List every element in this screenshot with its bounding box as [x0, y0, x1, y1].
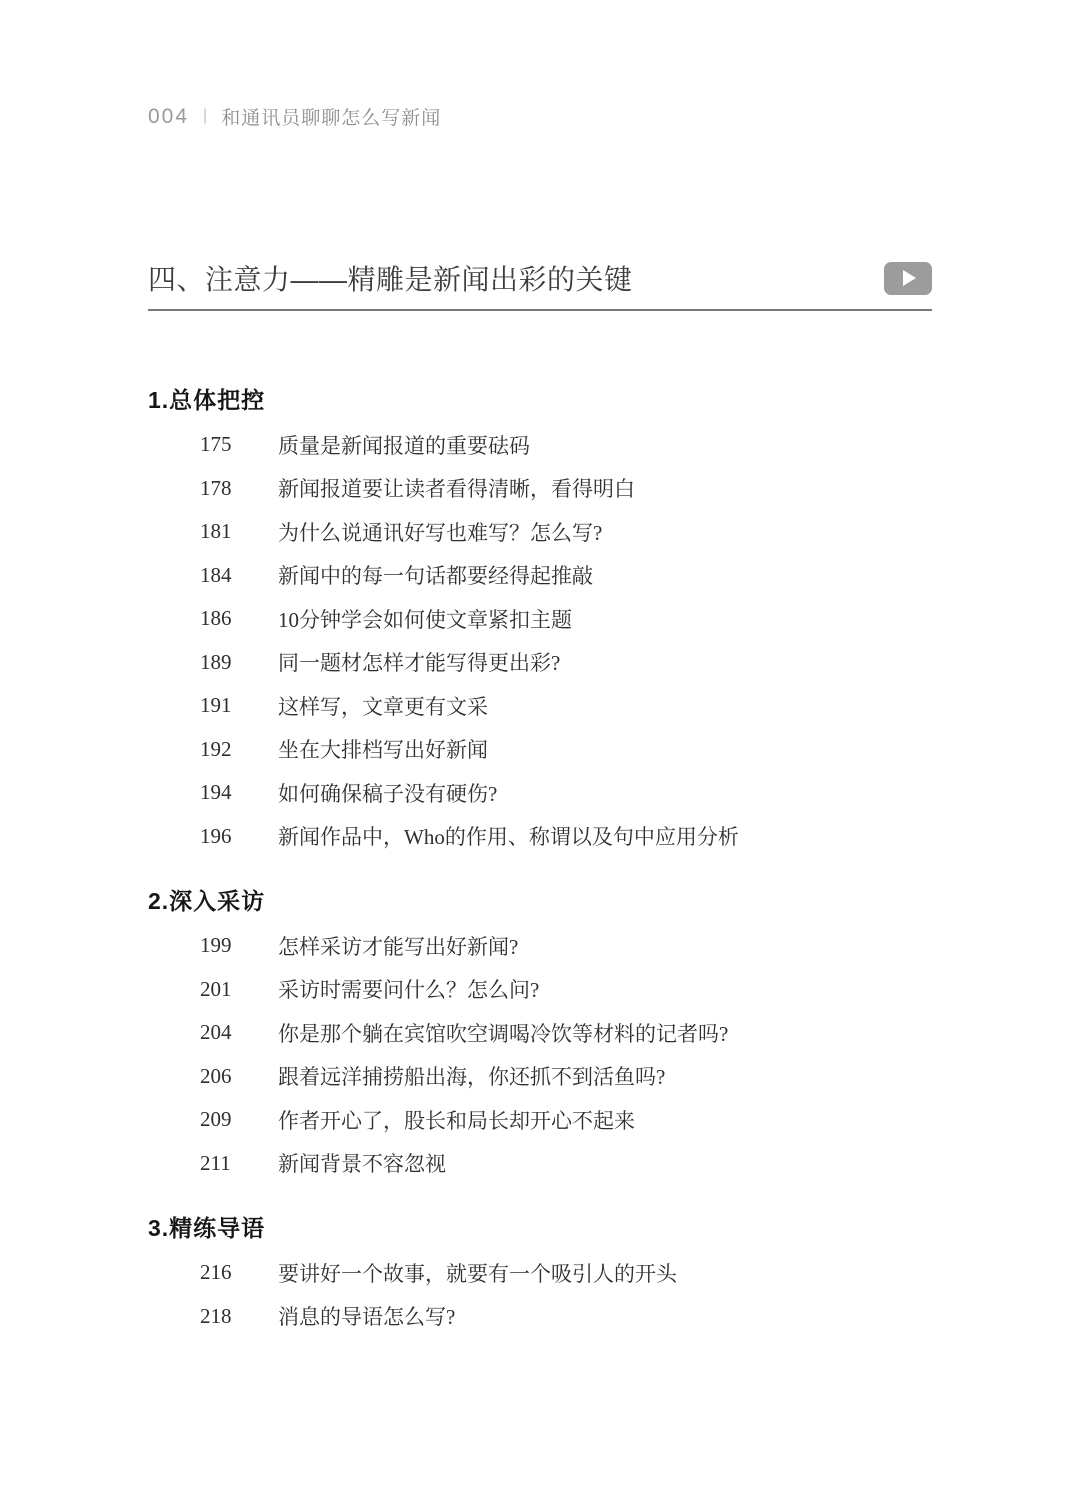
- toc-page-number: 211: [200, 1151, 278, 1176]
- running-title: 和通讯员聊聊怎么写新闻: [221, 103, 441, 130]
- toc-page-number: 218: [200, 1304, 278, 1329]
- folio-number: 004: [148, 105, 189, 129]
- toc-entry: 191 这样写，文章更有文采: [148, 684, 932, 728]
- toc-page-number: 191: [200, 693, 278, 718]
- toc-entry-title: 作者开心了，股长和局长却开心不起来: [278, 1105, 932, 1135]
- toc-entry-title: 新闻中的每一句话都要经得起推敲: [278, 560, 932, 590]
- chapter-title: 四、注意力——精雕是新闻出彩的关键: [148, 258, 633, 298]
- toc-entry: 175 质量是新闻报道的重要砝码: [148, 423, 932, 467]
- toc-entry: 184 新闻中的每一句话都要经得起推敲: [148, 554, 932, 598]
- toc-entry-title: 新闻报道要让读者看得清晰，看得明白: [278, 473, 932, 503]
- section-items-2: 199 怎样采访才能写出好新闻? 201 采访时需要问什么？怎么问? 204 你…: [148, 924, 932, 1185]
- toc-entry: 216 要讲好一个故事，就要有一个吸引人的开头: [148, 1251, 932, 1295]
- toc-entry: 201 采访时需要问什么？怎么问?: [148, 968, 932, 1012]
- header-separator: |: [203, 107, 207, 125]
- toc-page-number: 209: [200, 1107, 278, 1132]
- toc-entry-title: 跟着远洋捕捞船出海，你还抓不到活鱼吗?: [278, 1061, 932, 1091]
- toc-entry-title: 同一题材怎样才能写得更出彩?: [278, 647, 932, 677]
- toc-page-number: 194: [200, 780, 278, 805]
- toc-page-number: 184: [200, 563, 278, 588]
- toc-entry-title: 坐在大排档写出好新闻: [278, 734, 932, 764]
- toc-page-number: 175: [200, 432, 278, 457]
- toc-page-number: 196: [200, 824, 278, 849]
- toc-page-number: 199: [200, 933, 278, 958]
- toc-page-number: 206: [200, 1064, 278, 1089]
- toc-entry-title: 要讲好一个故事，就要有一个吸引人的开头: [278, 1258, 932, 1288]
- toc-page-number: 189: [200, 650, 278, 675]
- toc-entry-title: 你是那个躺在宾馆吹空调喝冷饮等材料的记者吗?: [278, 1018, 932, 1048]
- play-icon: [884, 262, 932, 295]
- toc-page-number: 192: [200, 737, 278, 762]
- toc-page-number: 181: [200, 519, 278, 544]
- section-items-1: 175 质量是新闻报道的重要砝码 178 新闻报道要让读者看得清晰，看得明白 1…: [148, 423, 932, 858]
- section-heading-3: 3.精练导语: [148, 1212, 932, 1244]
- book-toc-page: 004 | 和通讯员聊聊怎么写新闻 四、注意力——精雕是新闻出彩的关键 1.总体…: [0, 0, 1080, 1509]
- chapter-title-row: 四、注意力——精雕是新闻出彩的关键: [148, 258, 932, 298]
- toc-entry-title: 这样写，文章更有文采: [278, 691, 932, 721]
- section-heading-1: 1.总体把控: [148, 384, 932, 416]
- toc-entry: 178 新闻报道要让读者看得清晰，看得明白: [148, 467, 932, 511]
- toc-entry: 206 跟着远洋捕捞船出海，你还抓不到活鱼吗?: [148, 1055, 932, 1099]
- toc-entry: 209 作者开心了，股长和局长却开心不起来: [148, 1098, 932, 1142]
- toc-entry: 192 坐在大排档写出好新闻: [148, 728, 932, 772]
- toc-entry: 211 新闻背景不容忽视: [148, 1142, 932, 1186]
- play-triangle-glyph: [903, 270, 916, 286]
- toc-page-number: 186: [200, 606, 278, 631]
- toc-entry-title: 为什么说通讯好写也难写？怎么写?: [278, 517, 932, 547]
- toc-entry: 186 10分钟学会如何使文章紧扣主题: [148, 597, 932, 641]
- toc-entry-title: 新闻作品中，Who的作用、称谓以及句中应用分析: [278, 821, 932, 851]
- toc-entry: 204 你是那个躺在宾馆吹空调喝冷饮等材料的记者吗?: [148, 1011, 932, 1055]
- toc-entry: 181 为什么说通讯好写也难写？怎么写?: [148, 510, 932, 554]
- toc-entry-title: 10分钟学会如何使文章紧扣主题: [278, 604, 932, 634]
- toc-entry: 189 同一题材怎样才能写得更出彩?: [148, 641, 932, 685]
- toc-entry: 196 新闻作品中，Who的作用、称谓以及句中应用分析: [148, 815, 932, 859]
- toc-page-number: 216: [200, 1260, 278, 1285]
- page-header: 004 | 和通讯员聊聊怎么写新闻: [148, 103, 441, 130]
- toc-entry-title: 质量是新闻报道的重要砝码: [278, 430, 932, 460]
- toc: 1.总体把控 175 质量是新闻报道的重要砝码 178 新闻报道要让读者看得清晰…: [148, 384, 932, 1365]
- toc-entry-title: 新闻背景不容忽视: [278, 1148, 932, 1178]
- chapter-divider-rule: [148, 309, 932, 311]
- toc-entry: 218 消息的导语怎么写?: [148, 1295, 932, 1339]
- toc-entry-title: 如何确保稿子没有硬伤?: [278, 778, 932, 808]
- toc-page-number: 201: [200, 977, 278, 1002]
- toc-page-number: 178: [200, 476, 278, 501]
- toc-entry: 194 如何确保稿子没有硬伤?: [148, 771, 932, 815]
- toc-entry-title: 采访时需要问什么？怎么问?: [278, 974, 932, 1004]
- toc-page-number: 204: [200, 1020, 278, 1045]
- toc-entry-title: 怎样采访才能写出好新闻?: [278, 931, 932, 961]
- section-items-3: 216 要讲好一个故事，就要有一个吸引人的开头 218 消息的导语怎么写?: [148, 1251, 932, 1338]
- section-heading-2: 2.深入采访: [148, 885, 932, 917]
- toc-entry-title: 消息的导语怎么写?: [278, 1301, 932, 1331]
- toc-entry: 199 怎样采访才能写出好新闻?: [148, 924, 932, 968]
